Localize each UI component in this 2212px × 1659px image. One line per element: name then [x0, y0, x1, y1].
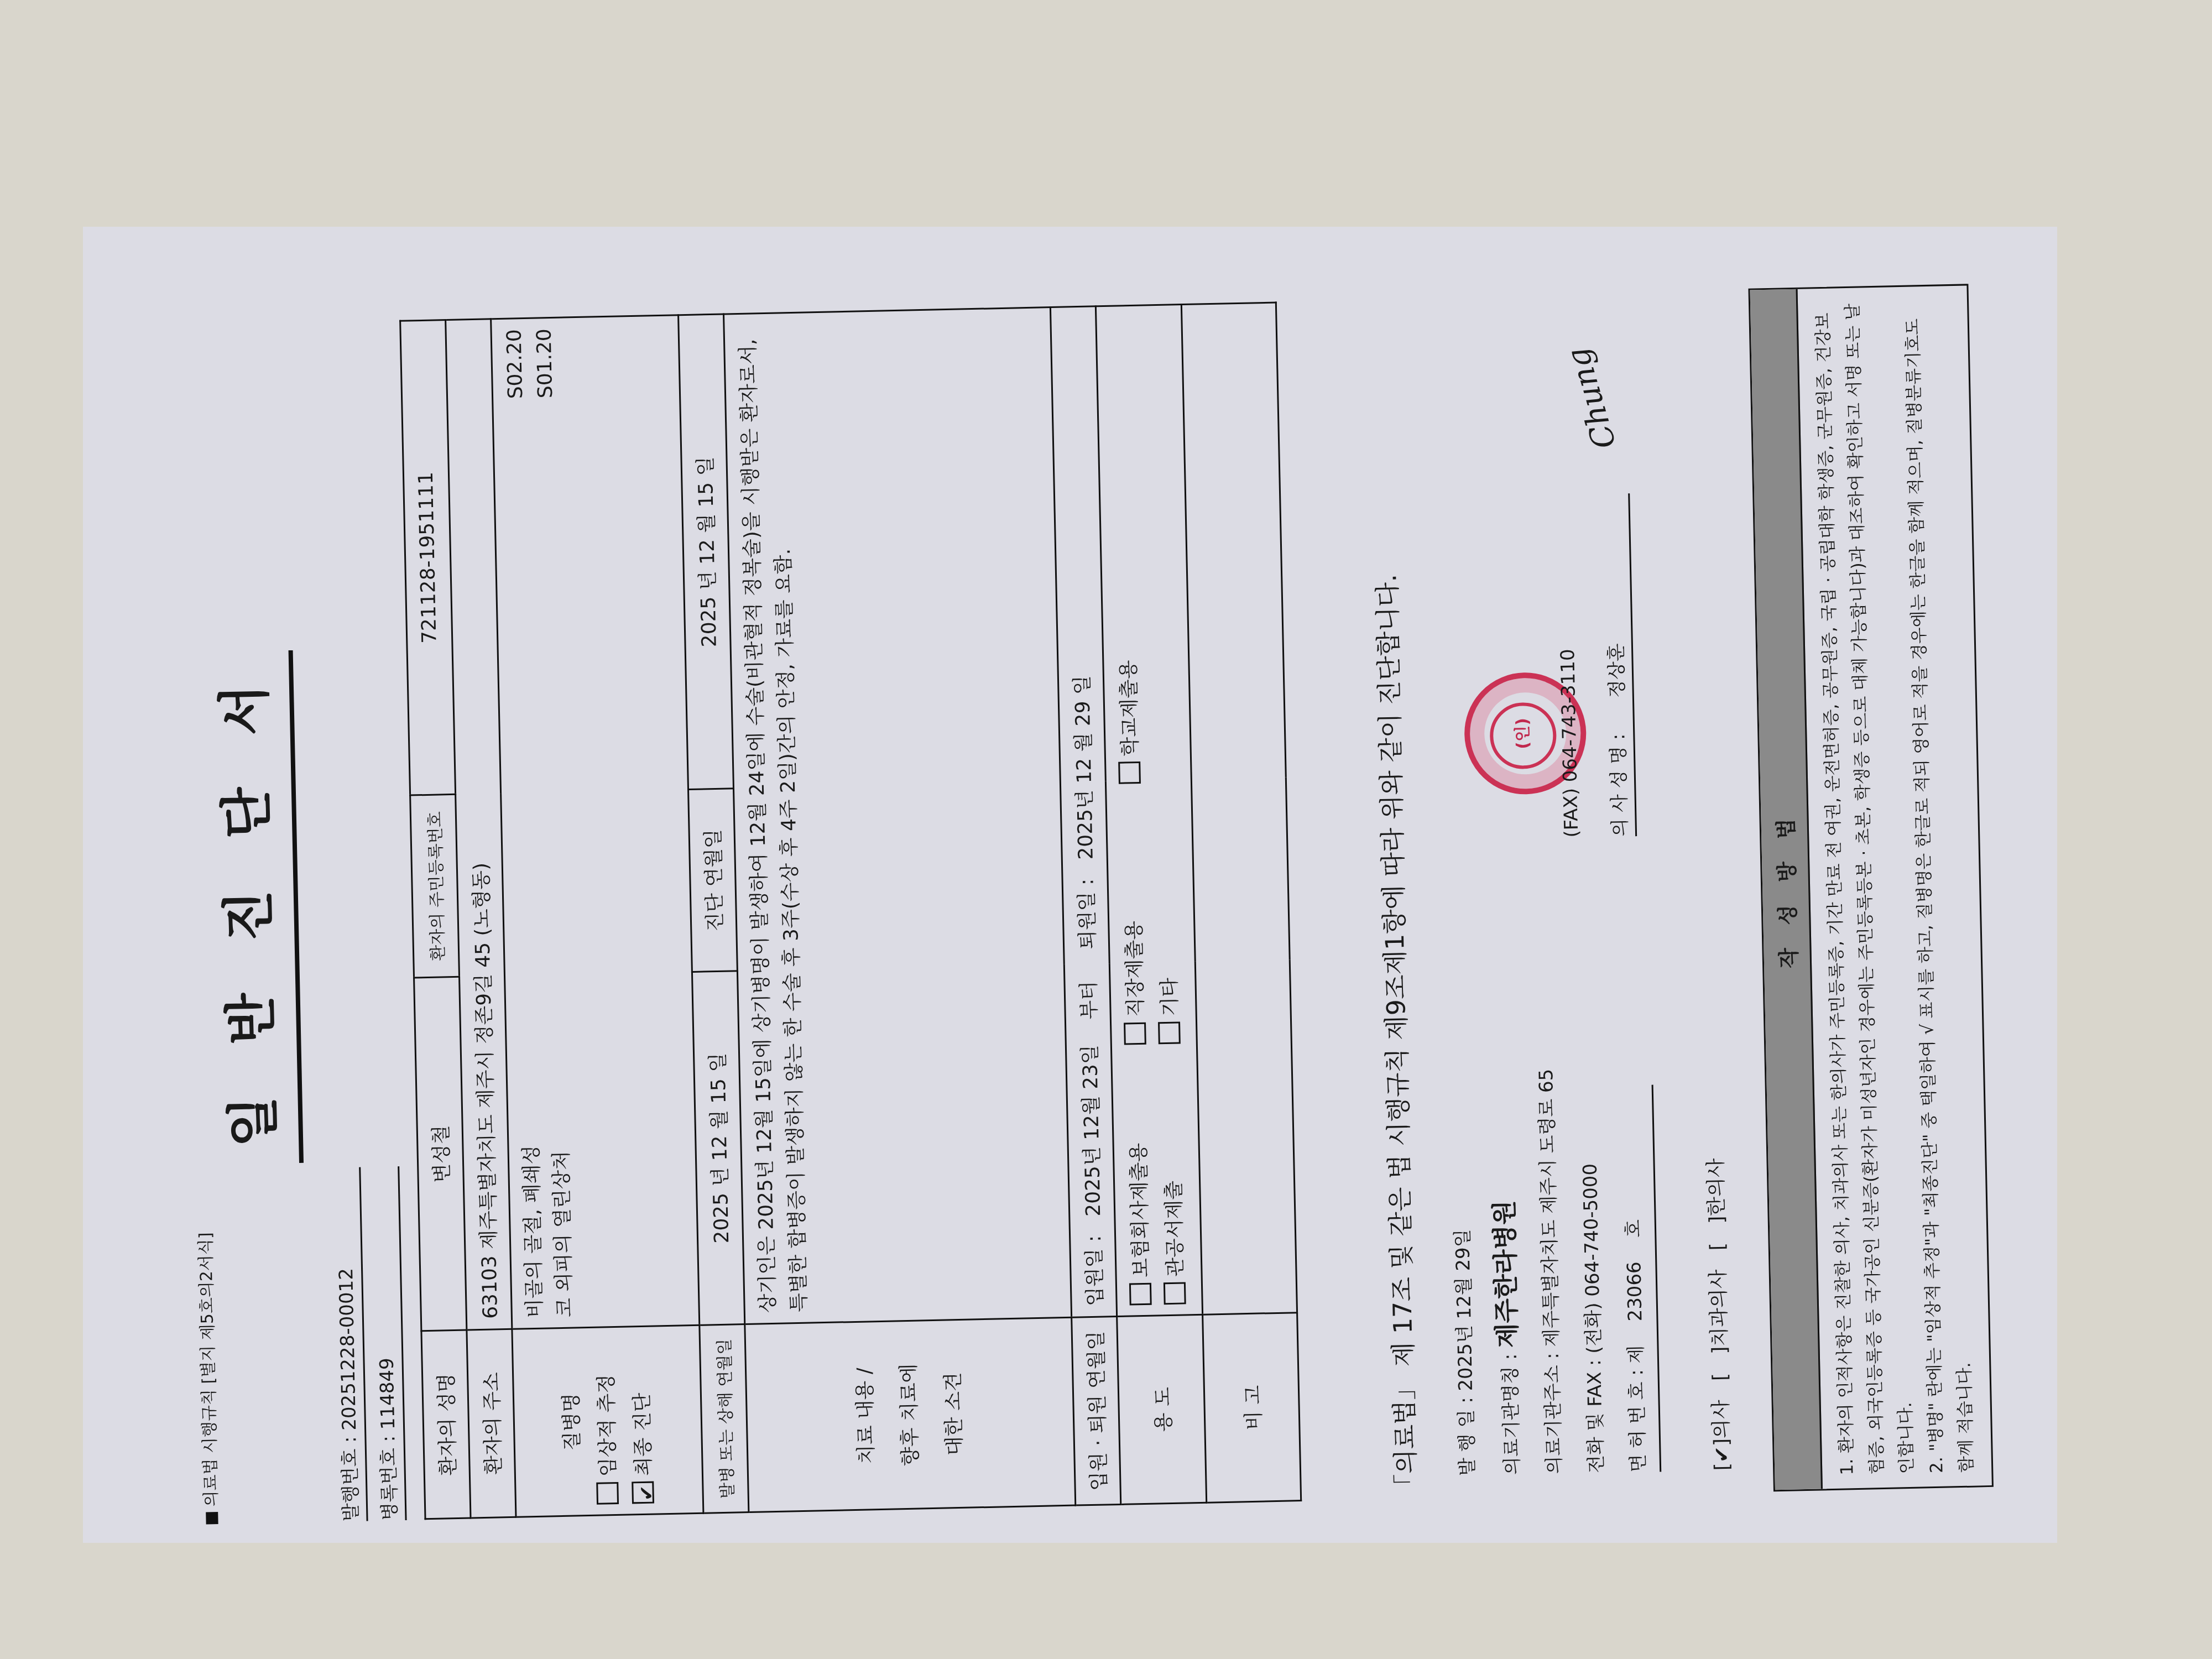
option-label: 기타: [1158, 977, 1181, 1016]
institution-label: 의료기관명칭 :: [1499, 1353, 1524, 1475]
institution-name: 제주한라병원: [1489, 1200, 1522, 1348]
treatment-text: 상기인은 2025년 12월 15일에 상기병명이 발생하여 12월 24일에 …: [724, 307, 1072, 1324]
admit-label: 입원일 :: [1083, 1235, 1107, 1307]
record-number: 병록번호 : 114849: [367, 1166, 406, 1521]
checkbox[interactable]: [1118, 761, 1141, 784]
doctor-type-check-icon[interactable]: ✔: [1710, 1446, 1734, 1463]
license-type-doctor: 의사: [1710, 1400, 1733, 1438]
declaration: 「의료법」 제 17조 및 같은 법 시행규칙 제9조제1항에 따라 위와 같이…: [1367, 574, 1423, 1500]
license-line: 면 허 번 호 : 제 23066 호: [1610, 1085, 1662, 1473]
purpose-option-other[interactable]: 기타: [1152, 977, 1188, 1044]
admit-date: 2025년 12월 23일: [1079, 1045, 1105, 1217]
record-number-value: 114849: [375, 1358, 399, 1430]
license-row: 면 허 번 호 : 제 23066 호: [1609, 1067, 1661, 1473]
institution-address-row: 의료기관주소 : 제주특별자치도 제주시 도령로 65: [1525, 1068, 1575, 1474]
writing-guide: 작 성 방 법 1. 환자의 인적사항은 진찰한 의사, 치과의사 또는 한의사…: [1748, 284, 1993, 1491]
treatment-label-line: 치료 내용 /: [842, 1332, 890, 1500]
purpose-option-work[interactable]: 직장제출용: [1114, 790, 1154, 1045]
issuer-block: 발 행 일 : 2025년 12월 29일 의료기관명칭 : 제주한라병원 의료…: [1438, 1067, 1661, 1477]
guide-body: 1. 환자의 인적사항은 진찰한 의사, 치과의사 또는 한의사가 주민등록증,…: [1798, 285, 1992, 1489]
doctor-name-line: 의 사 성 명 : 정상훈: [1598, 493, 1637, 837]
diagnosis-label: 질병명: [553, 1338, 592, 1505]
license-label: 면 허 번 호 : 제: [1625, 1345, 1650, 1473]
institution-row: 의료기관명칭 : 제주한라병원: [1480, 1070, 1533, 1475]
option-label: 관공서제출: [1162, 1181, 1187, 1277]
discharge-date: 2025년 12 월 29 일: [1071, 675, 1098, 860]
document-paper: 의료법 시행규칙 [별지 제5호의2서식] 일 반 진 단 서 발행번호 : 2…: [83, 227, 2057, 1543]
diagnosis-content: 비골의 골절, 폐쇄성 S02.20 코 외피의 열린상처 S01.20: [491, 315, 700, 1329]
issue-number-label: 발행번호: [339, 1448, 363, 1521]
from-label: 부터: [1077, 981, 1100, 1020]
patient-rrn-label: 환자의 주민등록번호: [410, 795, 460, 978]
purpose-label: 용 도: [1117, 1314, 1207, 1504]
checkbox[interactable]: [1129, 1283, 1152, 1306]
purpose-option-insurance[interactable]: 보험회사제출용: [1120, 1051, 1160, 1306]
square-bullet-icon: [206, 1512, 218, 1524]
clinical-estimate-label: 임상적 추정: [595, 1374, 620, 1477]
record-number-label: 병록번호: [378, 1448, 401, 1521]
institution-address-label: 의료기관주소 :: [1541, 1353, 1566, 1474]
final-diagnosis-option[interactable]: 최종 진단: [624, 1337, 662, 1504]
purpose-option-school[interactable]: 학교제출용: [1112, 660, 1149, 784]
doctor-name-label: 의 사 성 명 :: [1607, 733, 1631, 837]
checkbox[interactable]: [1158, 1021, 1181, 1044]
clinical-estimate-checkbox[interactable]: [596, 1482, 619, 1505]
license-type-row: [✔]의사 [ ]치과의사 [ ]한의사: [1700, 1158, 1735, 1471]
diagnosis-code: S01.20: [530, 328, 561, 399]
patient-address-label: 환자의 주소: [467, 1329, 516, 1518]
phone-label: 전화 및 FAX :: [1583, 1359, 1608, 1473]
medical-certificate-page: 의료법 시행규칙 [별지 제5호의2서식] 일 반 진 단 서 발행번호 : 2…: [88, 232, 2007, 1587]
issue-date: 2025년 12월 29일: [1452, 1229, 1477, 1391]
diagnosis-name: 코 외피의 열린상처: [547, 1150, 580, 1317]
patient-name: 변성철: [414, 977, 467, 1331]
option-label: 직장제출용: [1123, 920, 1147, 1017]
phone-number: (전화) 064-740-5000: [1579, 1163, 1605, 1354]
seal-mark: (인): [1507, 678, 1534, 789]
diagnosis-label-cell: 질병명 임상적 추정 최종 진단: [512, 1325, 703, 1517]
option-label: 보험회사제출용: [1128, 1142, 1153, 1277]
diagnosis-code: S02.20: [500, 329, 531, 399]
purpose-option-government[interactable]: 관공서제출: [1154, 1050, 1194, 1305]
form-reference: 의료법 시행규칙 [별지 제5호의2서식]: [192, 1232, 222, 1525]
onset-label: 발병 또는 상해 연월일: [700, 1324, 749, 1514]
document-title: 일 반 진 단 서: [202, 650, 304, 1165]
issue-number-value: 20251228-00012: [335, 1268, 361, 1431]
remarks-label: 비 고: [1203, 1313, 1301, 1503]
clinical-estimate-option[interactable]: 임상적 추정: [588, 1338, 627, 1505]
diagnosis-row: 질병명 임상적 추정 최종 진단 비골의 골절, 폐쇄성 S02.20 코 외피…: [491, 315, 703, 1517]
final-diagnosis-checkbox[interactable]: [632, 1481, 654, 1504]
treatment-label-line: 향후 치료에: [886, 1331, 934, 1499]
institution-address: 제주특별자치도 제주시 도령로 65: [1535, 1068, 1563, 1347]
license-type-dentist: 치과의사: [1707, 1269, 1731, 1347]
certificate-table: 환자의 성명 변성철 환자의 주민등록번호 721128-1951111 환자의…: [399, 302, 1302, 1520]
checkbox[interactable]: [1164, 1282, 1186, 1305]
treatment-row: 치료 내용 / 향후 치료에 대한 소견 상기인은 2025년 12월 15일에…: [724, 307, 1076, 1512]
fax-number: (FAX) 064-743-3110: [1557, 649, 1583, 838]
option-label: 학교제출용: [1117, 660, 1142, 757]
license-suffix: 호: [1623, 1219, 1645, 1238]
onset-date: 2025 년 12 월 15 일: [692, 971, 744, 1325]
diagnosis-name: 비골의 골절, 폐쇄성: [517, 1145, 550, 1318]
issue-date-label: 발 행 일 :: [1455, 1397, 1479, 1476]
final-diagnosis-label: 최종 진단: [631, 1392, 655, 1476]
treatment-label-line: 대한 소견: [931, 1330, 978, 1498]
checkbox[interactable]: [1124, 1022, 1146, 1045]
doctor-signature: Chung: [1560, 343, 1624, 453]
form-reference-text: 의료법 시행규칙 [별지 제5호의2서식]: [196, 1232, 221, 1507]
issue-number: 발행번호 : 20251228-00012: [328, 1167, 368, 1522]
diagnosis-date-label: 진단 연월일: [688, 789, 738, 972]
treatment-label: 치료 내용 / 향후 치료에 대한 소견: [745, 1317, 1076, 1512]
patient-name-label: 환자의 성명: [421, 1330, 471, 1519]
admission-label: 입원 · 퇴원 연월일: [1072, 1317, 1121, 1506]
license-number: 23066: [1623, 1261, 1646, 1322]
license-type-oriental: 한의사: [1704, 1158, 1728, 1216]
doctor-name: 정상훈: [1605, 643, 1629, 698]
discharge-label: 퇴원일 :: [1076, 878, 1100, 950]
